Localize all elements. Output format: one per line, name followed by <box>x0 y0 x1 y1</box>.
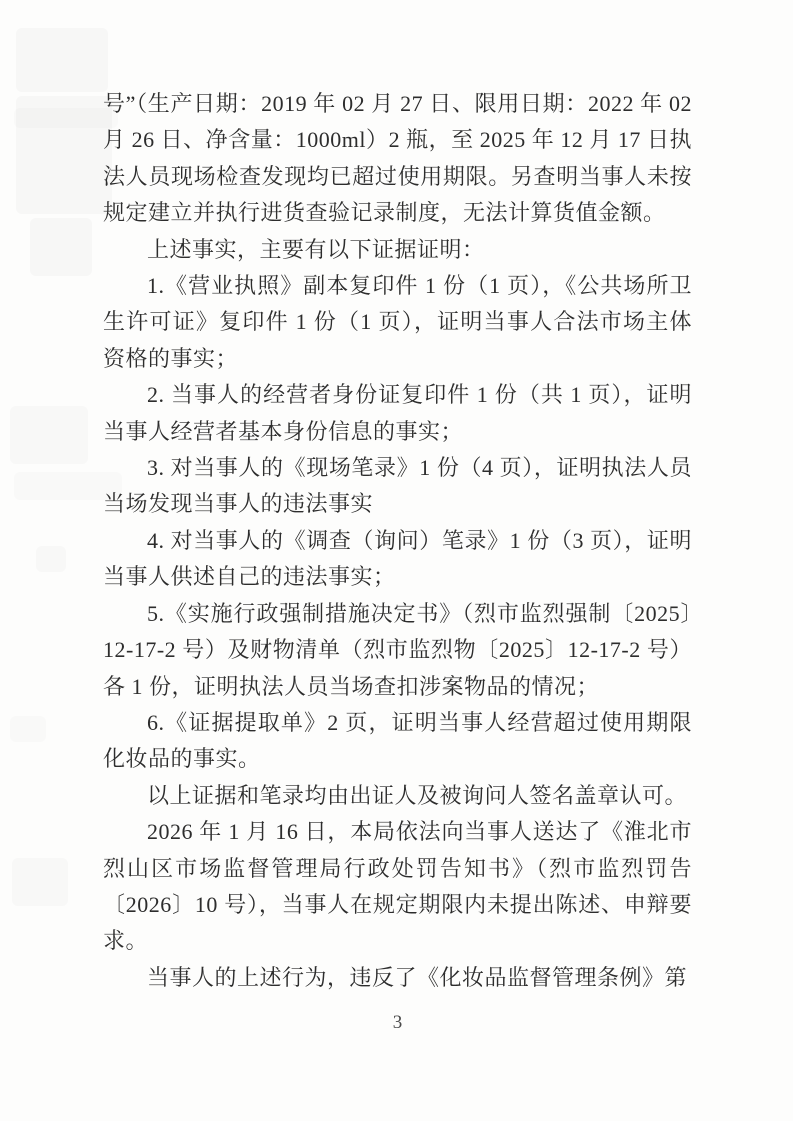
scan-artifact <box>12 858 68 906</box>
scan-artifact <box>36 546 66 572</box>
scanned-document-page: 号”（生产日期：2019 年 02 月 27 日、限用日期：2022 年 02 … <box>0 0 793 1121</box>
paragraph: 当事人的上述行为，违反了《化妆品监督管理条例》第 <box>103 960 692 996</box>
scan-artifact <box>16 28 108 92</box>
scan-artifact <box>30 218 92 276</box>
page-number: 3 <box>103 1012 692 1034</box>
paragraph: 号”（生产日期：2019 年 02 月 27 日、限用日期：2022 年 02 … <box>103 86 692 232</box>
scan-artifact <box>10 716 46 742</box>
document-body: 号”（生产日期：2019 年 02 月 27 日、限用日期：2022 年 02 … <box>103 86 692 996</box>
paragraph: 以上证据和笔录均由出证人及被询问人签名盖章认可。 <box>103 778 692 814</box>
paragraph: 2026 年 1 月 16 日，本局依法向当事人送达了《淮北市烈山区市场监督管理… <box>103 814 692 960</box>
paragraph: 5.《实施行政强制措施决定书》（烈市监烈强制〔2025〕12-17-2 号）及财… <box>103 596 692 705</box>
scan-artifact <box>16 96 112 214</box>
scan-artifact <box>10 406 88 464</box>
paragraph: 1.《营业执照》副本复印件 1 份（1 页），《公共场所卫生许可证》复印件 1 … <box>103 268 692 377</box>
paragraph: 6.《证据提取单》2 页，证明当事人经营超过使用期限化妆品的事实。 <box>103 705 692 778</box>
paragraph: 3. 对当事人的《现场笔录》1 份（4 页），证明执法人员当场发现当事人的违法事… <box>103 450 692 523</box>
paragraph: 4. 对当事人的《调查（询问）笔录》1 份（3 页），证明当事人供述自己的违法事… <box>103 523 692 596</box>
paragraph: 2. 当事人的经营者身份证复印件 1 份（共 1 页），证明当事人经营者基本身份… <box>103 377 692 450</box>
paragraph: 上述事实，主要有以下证据证明： <box>103 232 692 268</box>
